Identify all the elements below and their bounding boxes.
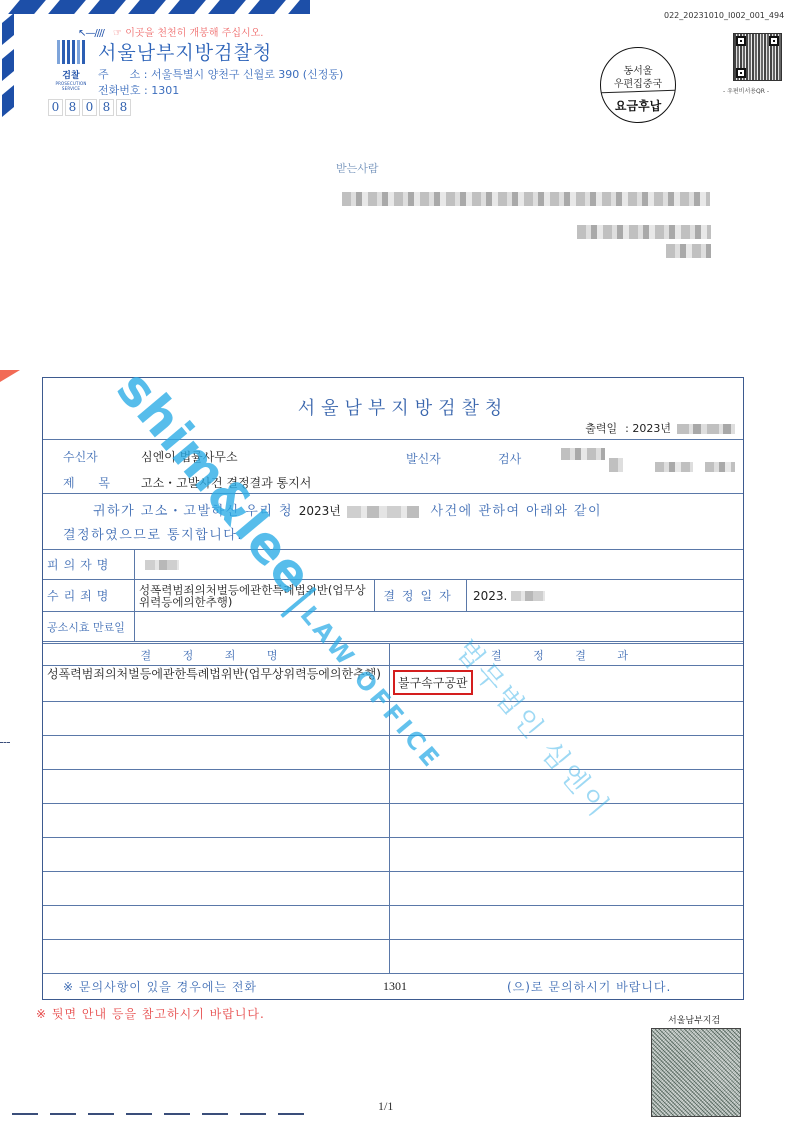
- case-number-redacted: [347, 506, 419, 518]
- envelope-stripe-top: [0, 0, 310, 14]
- inquiry-prefix: ※ 문의사항이 있을 경우에는 전화: [43, 978, 383, 995]
- sender-phone: 전화번호 : 1301: [98, 82, 179, 98]
- decision-charge-cell: [43, 736, 390, 769]
- fold-mark: [0, 370, 20, 382]
- decision-table-row: [43, 838, 743, 872]
- inquiry-phone: 1301: [383, 979, 503, 994]
- inquiry-row: ※ 문의사항이 있을 경우에는 전화 1301 (으)로 문의하시기 바랍니다.: [43, 974, 743, 1000]
- suspect-name-redacted: [145, 560, 179, 570]
- recipient-label: 받는사람: [336, 160, 379, 176]
- envelope-stripe-left: [0, 14, 22, 129]
- decision-table-row: [43, 770, 743, 804]
- back-page-note: ※ 뒷면 안내 등을 참고하시기 바랍니다.: [36, 1005, 265, 1022]
- decision-charge-cell: [43, 906, 390, 939]
- sender-label: 발신자: [406, 450, 441, 467]
- decision-result-cell: [390, 736, 743, 769]
- subject-value: 고소・고발사건 결정결과 통지서: [141, 474, 311, 491]
- print-date: 출력일: 2023년: [585, 420, 735, 436]
- decision-charge-cell: [43, 702, 390, 735]
- statute-expiry-row: 공소시효 만료일: [43, 612, 743, 642]
- meta-row: 수신자 심엔이 법률사무소 발신자 검사 제 목 고소・고발사건 결정결과 통지…: [43, 440, 743, 494]
- inquiry-suffix: (으)로 문의하시기 바랍니다.: [503, 978, 743, 995]
- decision-result-cell: [390, 702, 743, 735]
- accepted-charge-row: 수리죄명 성폭력범죄의처벌등에관한특례법위반(업무상위력등에의한추행) 결정일자…: [43, 580, 743, 612]
- decision-charge-cell: [43, 940, 390, 973]
- sender-role: 검사: [498, 450, 521, 467]
- accepted-charge-label: 수리죄명: [43, 580, 135, 611]
- notice-body: 귀하가 고소・고발하신 우리 청 2023년 사건에 관하여 아래와 같이 결정…: [43, 494, 743, 550]
- decision-result-highlight: 불구속구공판: [393, 670, 473, 695]
- postal-stamp: 동서울 우편집중국 요금후납: [600, 47, 676, 123]
- decision-charge-cell: [43, 838, 390, 871]
- logo-bars-icon: [48, 40, 94, 64]
- decision-date-label: 결정일자: [375, 580, 467, 611]
- verification-code-icon: [651, 1028, 741, 1117]
- decision-result-cell: [390, 872, 743, 905]
- decision-table-header: 결 정 죄 명 결 정 결 과: [43, 644, 743, 666]
- recipient-address-redacted: [342, 192, 710, 206]
- decision-table-row: [43, 940, 743, 974]
- bottom-fold-dashes: [12, 1113, 304, 1115]
- decision-charge-cell: [43, 872, 390, 905]
- decision-result-cell: [390, 906, 743, 939]
- decision-result-cell: [390, 804, 743, 837]
- receiver-value: 심엔이 법률사무소: [141, 448, 238, 465]
- decision-charge-header: 결 정 죄 명: [43, 644, 390, 665]
- decision-result-cell: [390, 770, 743, 803]
- prosecution-logo: 검찰 PROSECUTION SERVICE: [48, 40, 94, 90]
- prosecutor-name-redacted: [561, 448, 605, 460]
- receiver-label: 수신자: [63, 448, 98, 465]
- postal-qr-code-icon: [733, 33, 782, 81]
- sender-name: 서울남부지방검찰청: [98, 38, 272, 65]
- decision-table-row: [43, 872, 743, 906]
- suspect-row: 피의자명: [43, 550, 743, 580]
- decision-table-row: [43, 804, 743, 838]
- form-title: 서울남부지방검찰청: [43, 394, 743, 420]
- statute-expiry-label: 공소시효 만료일: [43, 612, 135, 641]
- decision-table-body: 성폭력범죄의처벌등에관한특례법위반(업무상위력등에의한추행)불구속구공판: [43, 666, 743, 974]
- qr-label: - 우편비서용QR -: [723, 86, 769, 95]
- postal-code: 0 8 0 8 8: [48, 99, 131, 116]
- decision-result-cell: 불구속구공판: [390, 666, 743, 701]
- decision-table-row: [43, 906, 743, 940]
- statute-expiry-value: [135, 612, 743, 641]
- accepted-charge-value: 성폭력범죄의처벌등에관한특례법위반(업무상위력등에의한추행): [135, 580, 375, 611]
- decision-notice-form: 서울남부지방검찰청 출력일: 2023년 수신자 심엔이 법률사무소 발신자 검…: [42, 377, 744, 1000]
- decision-table-row: 성폭력범죄의처벌등에관한특례법위반(업무상위력등에의한추행)불구속구공판: [43, 666, 743, 702]
- decision-result-cell: [390, 940, 743, 973]
- decision-table-row: [43, 702, 743, 736]
- recipient-address-redacted-2: [577, 225, 711, 239]
- decision-charge-cell: [43, 770, 390, 803]
- issuer-label: 서울남부지검: [668, 1013, 720, 1026]
- sender-address: 주 소 : 서울특별시 양천구 신월로 390 (신정동): [98, 66, 343, 82]
- open-instruction: ↖—//// ☞ 이곳을 천천히 개봉해 주십시오.: [78, 24, 264, 39]
- document-id: 022_20231010_I002_001_494: [664, 11, 784, 20]
- decision-date-value: 2023.: [467, 580, 743, 611]
- subject-label: 제 목: [63, 474, 120, 491]
- suspect-label: 피의자명: [43, 550, 135, 579]
- side-fold-dash: [0, 742, 10, 743]
- decision-table-row: [43, 736, 743, 770]
- recipient-name-redacted: [666, 244, 711, 258]
- page-number: 1/1: [378, 1099, 393, 1114]
- decision-charge-cell: 성폭력범죄의처벌등에관한특례법위반(업무상위력등에의한추행): [43, 666, 390, 701]
- decision-charge-cell: [43, 804, 390, 837]
- decision-result-header: 결 정 결 과: [390, 644, 743, 665]
- decision-result-cell: [390, 838, 743, 871]
- form-header: 서울남부지방검찰청 출력일: 2023년: [43, 378, 743, 440]
